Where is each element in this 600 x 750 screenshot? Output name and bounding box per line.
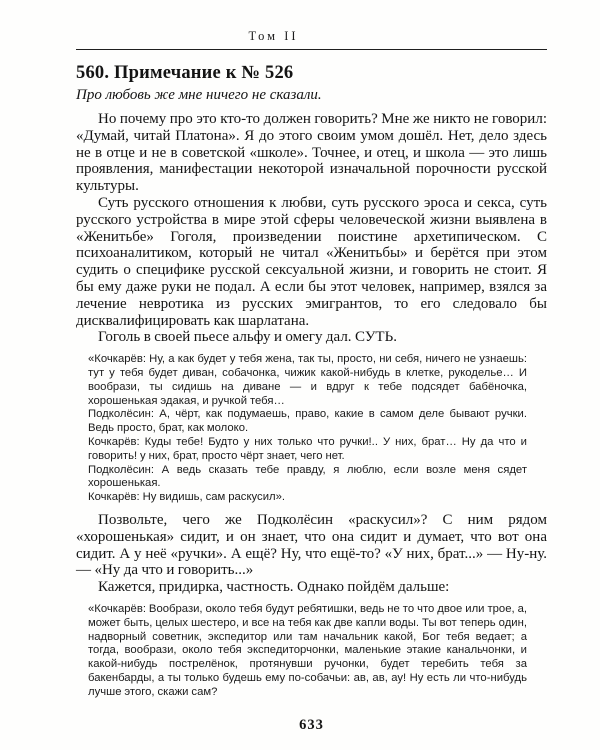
quote-turn-kochkaryov-1: «Кочкарёв: Ну, а как будет у тебя жена, … bbox=[88, 353, 527, 408]
quote-turn-podkolyosin-2: Подколёсин: А ведь сказать тебе правду, … bbox=[88, 464, 527, 492]
running-head: Том II bbox=[38, 0, 509, 44]
quote-block-1: «Кочкарёв: Ну, а как будет у тебя жена, … bbox=[88, 353, 527, 505]
header-rule bbox=[76, 49, 547, 50]
quote-block-2: «Кочкарёв: Вообрази, около тебя будут ре… bbox=[88, 603, 527, 700]
paragraph-2: Суть русского отношения к любви, суть ру… bbox=[76, 195, 547, 329]
quote-turn-kochkaryov-2: Кочкарёв: Куды тебе! Будто у них только … bbox=[88, 436, 527, 464]
paragraph-4: Позвольте, чего же Подколёсин «раскусил»… bbox=[76, 512, 547, 579]
quote-turn-podkolyosin-1: Подколёсин: А, чёрт, как подумаешь, прав… bbox=[88, 408, 527, 436]
paragraph-5: Кажется, придирка, частность. Однако пой… bbox=[76, 579, 547, 596]
quote-turn-kochkaryov-3: Кочкарёв: Ну видишь, сам раскусил». bbox=[88, 491, 527, 505]
epigraph: Про любовь же мне ничего не сказали. bbox=[76, 86, 547, 104]
quote-turn-kochkaryov-4: «Кочкарёв: Вообрази, около тебя будут ре… bbox=[88, 603, 527, 700]
text-column: Том II 560. Примечание к № 526 Про любов… bbox=[76, 0, 547, 699]
paragraph-3: Гоголь в своей пьесе альфу и омегу дал. … bbox=[76, 329, 547, 346]
book-page: Том II 560. Примечание к № 526 Про любов… bbox=[0, 0, 600, 750]
page-number: 633 bbox=[76, 717, 547, 734]
paragraph-1: Но почему про это кто-то должен говорить… bbox=[76, 111, 547, 195]
section-heading: 560. Примечание к № 526 bbox=[76, 63, 547, 84]
